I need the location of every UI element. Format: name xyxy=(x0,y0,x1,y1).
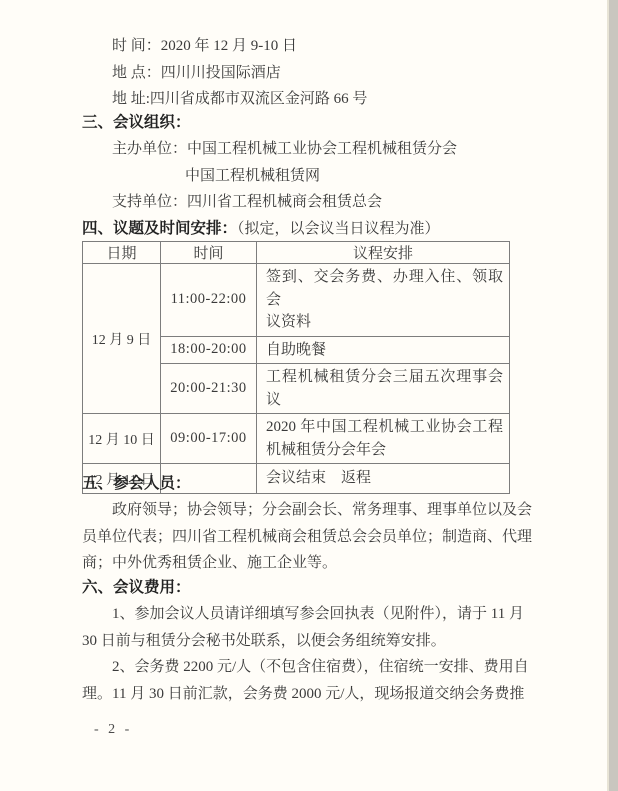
page-number: - 2 - xyxy=(94,722,132,738)
org-host-label: 主办单位： xyxy=(112,141,187,157)
agenda-time-2: 18:00-20:00 xyxy=(161,336,257,364)
participants-line-2: 员单位代表；四川省工程机械商会租赁总会会员单位；制造商、代理 xyxy=(82,524,544,551)
meta-venue-label: 地 点： xyxy=(112,65,161,81)
agenda-item-4-line2: 机械租赁分会年会 xyxy=(266,439,503,462)
fees-para2-line1: 2、会务费 2200 元/人（不包含住宿费），住宿统一安排、费用自 xyxy=(82,654,544,681)
agenda-time-4: 09:00-17:00 xyxy=(161,414,257,464)
agenda-header-item: 议程安排 xyxy=(257,242,510,264)
org-host-line2: 中国工程机械租赁网 xyxy=(82,163,544,190)
org-support-value: 四川省工程机械商会租赁总会 xyxy=(187,194,382,210)
agenda-time-3: 20:00-21:30 xyxy=(161,364,257,414)
meta-time-label: 时 间： xyxy=(112,38,161,54)
agenda-item-4-line1: 2020 年中国工程机械工业协会工程 xyxy=(266,416,503,439)
section-organization-heading: 三、会议组织： xyxy=(82,110,544,137)
participants-line-1: 政府领导；协会领导；分会副会长、常务理事、理事单位以及会 xyxy=(82,497,544,524)
participants-line-3: 商；中外优秀租赁企业、施工企业等。 xyxy=(82,550,544,577)
agenda-item-4: 2020 年中国工程机械工业协会工程 机械租赁分会年会 xyxy=(257,414,510,464)
org-host-value: 中国工程机械工业协会工程机械租赁分会 xyxy=(187,141,457,157)
agenda-row-4: 12 月 10 日 09:00-17:00 2020 年中国工程机械工业协会工程… xyxy=(83,414,510,464)
scan-edge-band xyxy=(607,0,618,791)
fees-para2: 2、会务费 2200 元/人（不包含住宿费），住宿统一安排、费用自 理。11 月… xyxy=(82,654,544,707)
meta-time-value: 2020 年 12 月 9-10 日 xyxy=(161,38,297,54)
section-participants-heading: 五、参会人员： xyxy=(82,471,544,498)
participants-block: 政府领导；协会领导；分会副会长、常务理事、理事单位以及会 员单位代表；四川省工程… xyxy=(82,497,544,577)
agenda-item-1-line1: 签到、交会务费、办理入住、领取会 xyxy=(266,266,503,311)
agenda-item-3-line2: 议 xyxy=(266,389,503,412)
agenda-table: 日期 时间 议程安排 12 月 9 日 11:00-22:00 签到、交会务费、… xyxy=(82,241,510,494)
meta-address-line: 地 址:四川省成都市双流区金河路 66 号 xyxy=(82,86,544,113)
agenda-item-2: 自助晚餐 xyxy=(257,336,510,364)
agenda-item-1: 签到、交会务费、办理入住、领取会 议资料 xyxy=(257,264,510,337)
agenda-date-dec9: 12 月 9 日 xyxy=(83,264,161,414)
meta-address-label: 地 址: xyxy=(112,91,150,107)
org-support-line: 支持单位：四川省工程机械商会租赁总会 xyxy=(82,189,544,216)
meta-venue-line: 地 点：四川川投国际酒店 xyxy=(82,60,544,87)
agenda-header-row: 日期 时间 议程安排 xyxy=(83,242,510,264)
agenda-row-1: 12 月 9 日 11:00-22:00 签到、交会务费、办理入住、领取会 议资… xyxy=(83,264,510,337)
meta-block: 时 间：2020 年 12 月 9-10 日 地 点：四川川投国际酒店 地 址:… xyxy=(82,33,544,113)
fees-para1-line1: 1、参加会议人员请详细填写参会回执表（见附件），请于 11 月 xyxy=(82,601,544,628)
agenda-item-3-line1: 工程机械租赁分会三届五次理事会 xyxy=(266,366,503,389)
section-fees-heading: 六、会议费用： xyxy=(82,575,544,602)
section-agenda-heading: 四、议题及时间安排：（拟定，以会议当日议程为准） xyxy=(82,216,544,243)
agenda-date-dec10: 12 月 10 日 xyxy=(83,414,161,464)
agenda-header-time: 时间 xyxy=(161,242,257,264)
meta-time-line: 时 间：2020 年 12 月 9-10 日 xyxy=(82,33,544,60)
agenda-time-1: 11:00-22:00 xyxy=(161,264,257,337)
agenda-heading-text: 四、议题及时间安排： xyxy=(82,220,237,237)
agenda-item-2-line1: 自助晚餐 xyxy=(266,339,503,362)
org-host-line: 主办单位：中国工程机械工业协会工程机械租赁分会 xyxy=(82,136,544,163)
meta-address-value: 四川省成都市双流区金河路 66 号 xyxy=(150,91,368,107)
agenda-heading-note: （拟定，以会议当日议程为准） xyxy=(237,221,440,237)
document-page: 时 间：2020 年 12 月 9-10 日 地 点：四川川投国际酒店 地 址:… xyxy=(0,0,618,791)
meta-venue-value: 四川川投国际酒店 xyxy=(161,65,281,81)
fees-para1: 1、参加会议人员请详细填写参会回执表（见附件），请于 11 月 30 日前与租赁… xyxy=(82,601,544,654)
agenda-item-1-line2: 议资料 xyxy=(266,311,503,334)
fees-para2-line2: 理。11 月 30 日前汇款，会务费 2000 元/人，现场报道交纳会务费推 xyxy=(82,681,544,708)
org-support-label: 支持单位： xyxy=(112,194,187,210)
agenda-header-date: 日期 xyxy=(83,242,161,264)
agenda-item-3: 工程机械租赁分会三届五次理事会 议 xyxy=(257,364,510,414)
organization-block: 主办单位：中国工程机械工业协会工程机械租赁分会 中国工程机械租赁网 支持单位：四… xyxy=(82,136,544,216)
fees-para1-line2: 30 日前与租赁分会秘书处联系，以便会务组统筹安排。 xyxy=(82,628,544,655)
